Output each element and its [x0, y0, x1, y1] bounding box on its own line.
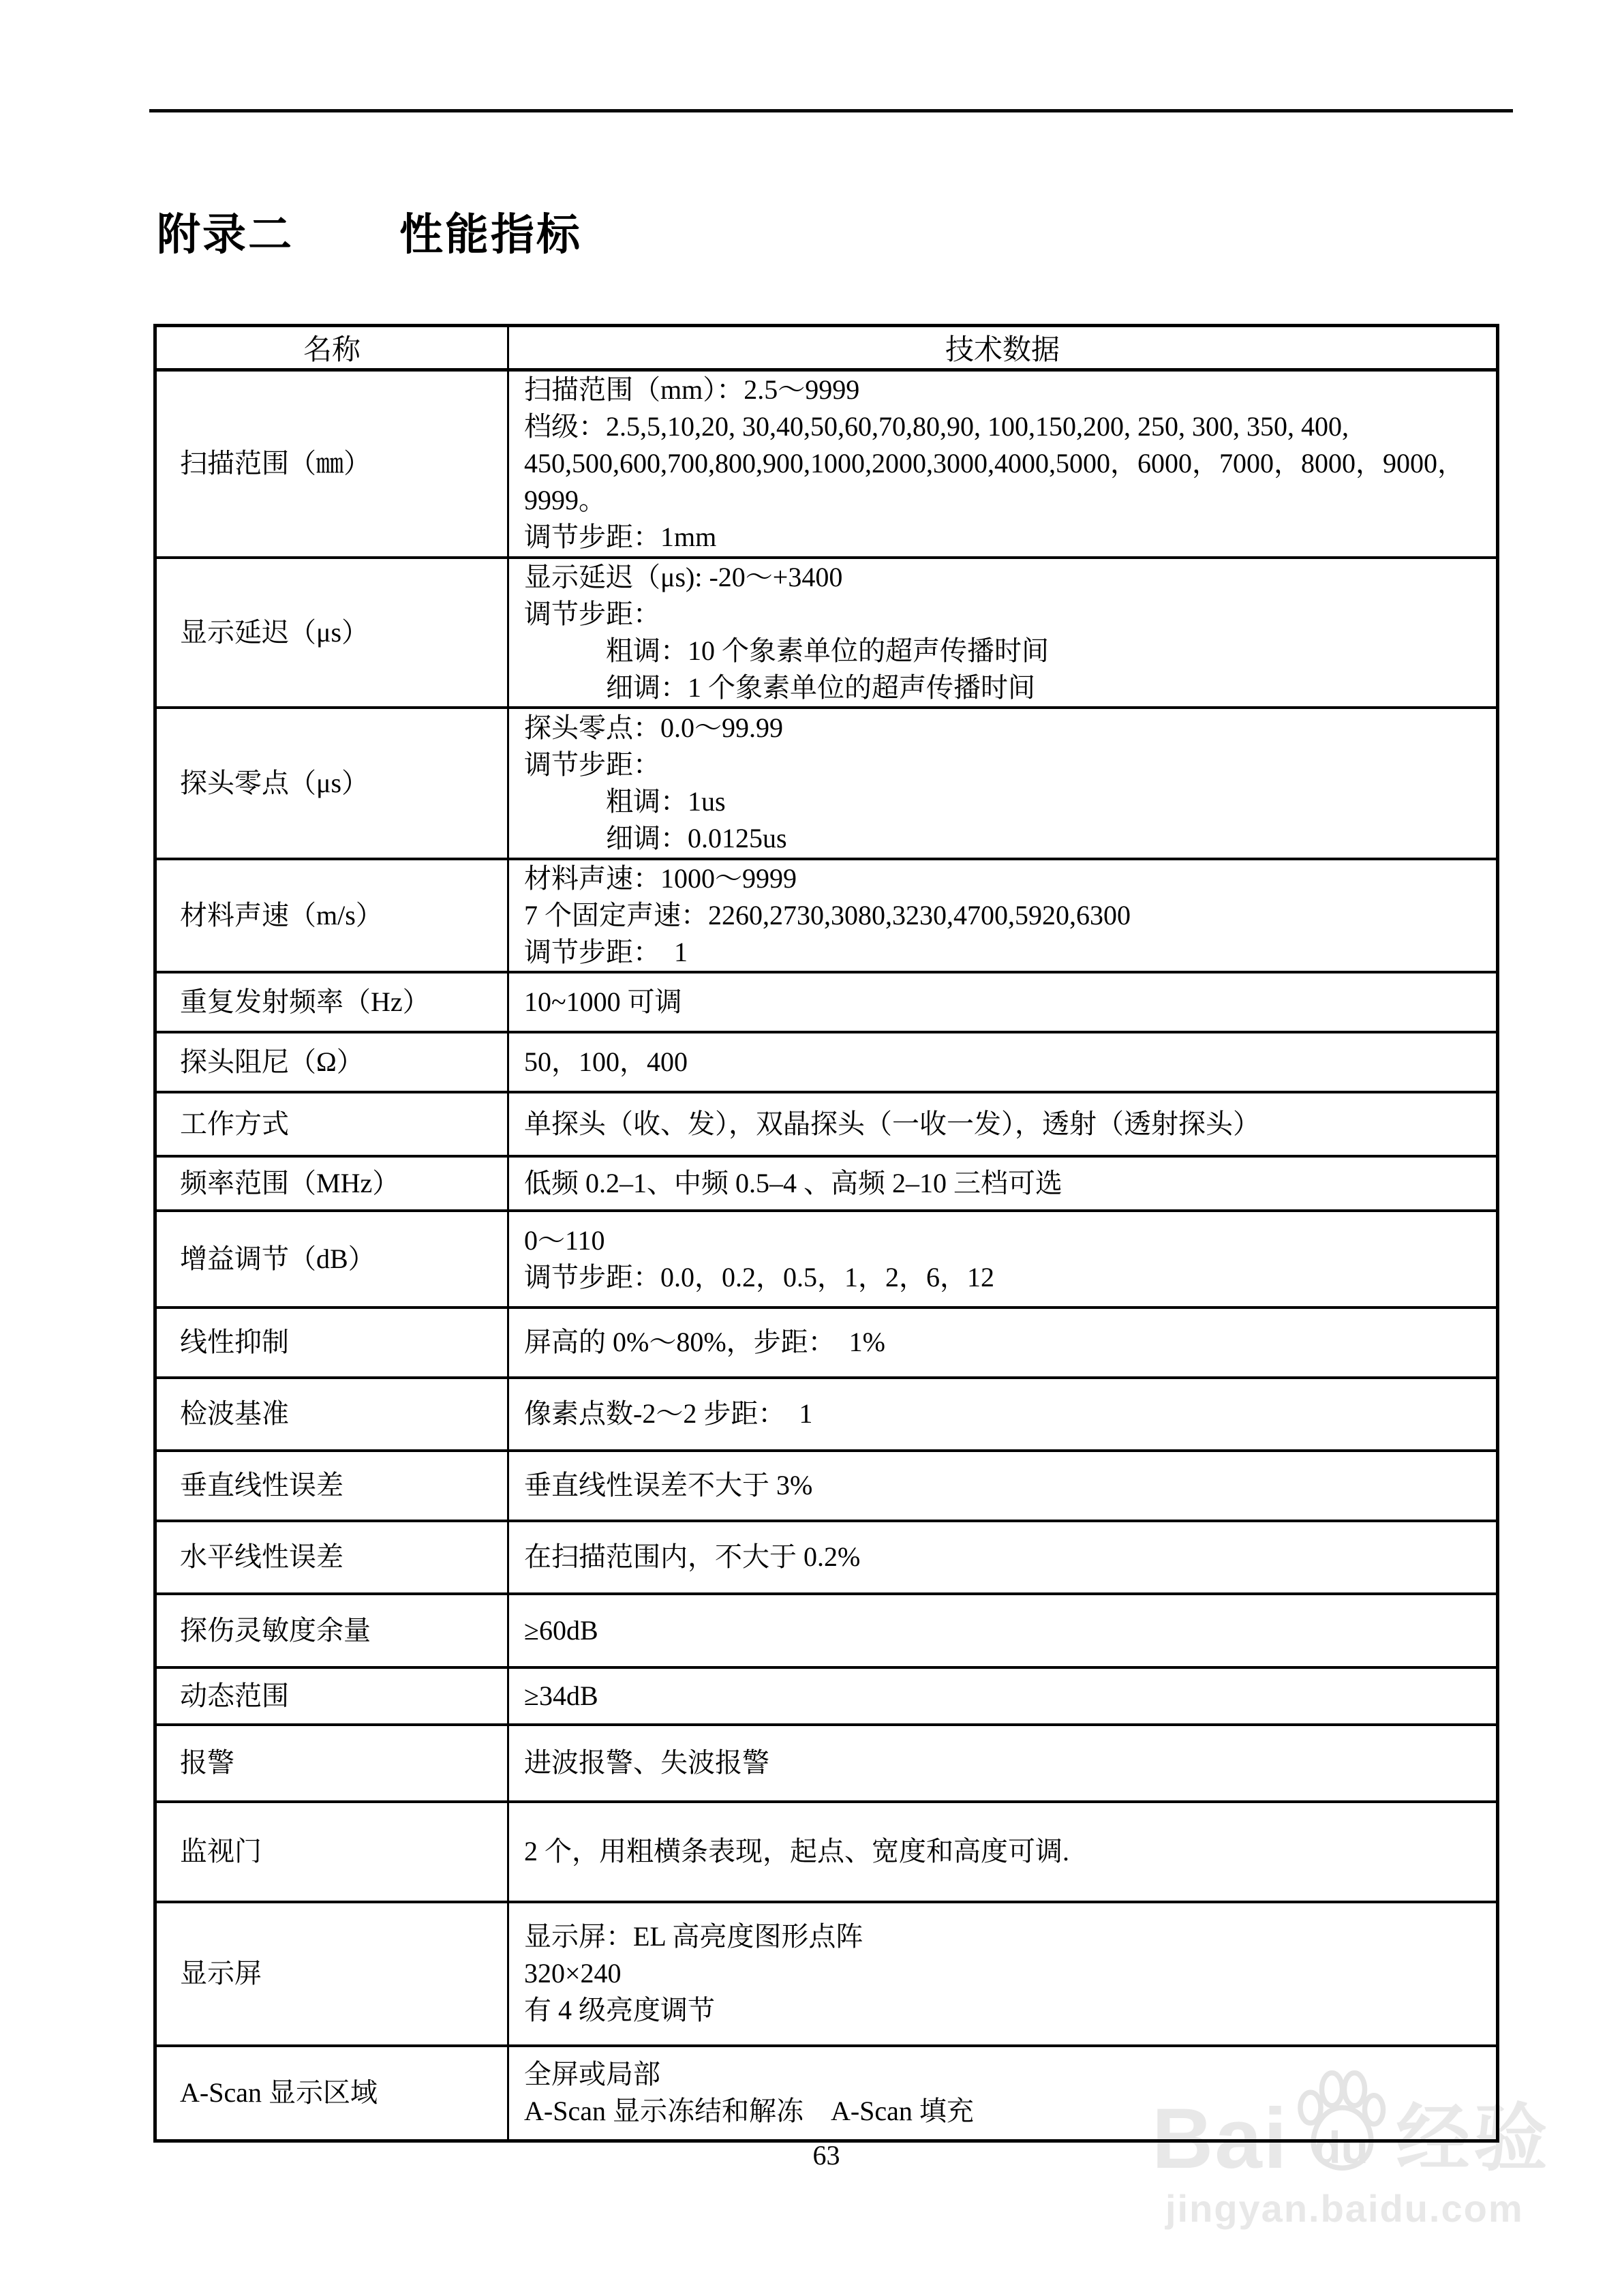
- spec-value: 屏高的 0%～80%，步距： 1%: [508, 1308, 1498, 1378]
- spec-value: 显示延迟（μs): -20～+3400 调节步距： 粗调：10 个象素单位的超声…: [508, 558, 1498, 708]
- spec-name: 显示延迟（μs）: [155, 558, 508, 708]
- spec-name: 监视门: [155, 1802, 508, 1902]
- column-header-name: 名称: [155, 326, 508, 370]
- table-row: 动态范围 ≥34dB: [155, 1667, 1498, 1725]
- table-row: 重复发射频率（Hz） 10~1000 可调: [155, 972, 1498, 1032]
- spec-value: 全屏或局部 A-Scan 显示冻结和解冻 A-Scan 填充: [508, 2046, 1498, 2141]
- spec-name: 探头阻尼（Ω）: [155, 1032, 508, 1092]
- table-row: 检波基准 像素点数-2～2 步距： 1: [155, 1378, 1498, 1451]
- table-row: 材料声速（m/s） 材料声速：1000～9999 7 个固定声速：2260,27…: [155, 859, 1498, 972]
- spec-name: 增益调节（dB）: [155, 1211, 508, 1308]
- table-row: 显示屏 显示屏：EL 高亮度图形点阵 320×240 有 4 级亮度调节: [155, 1902, 1498, 2046]
- table-row: 探头阻尼（Ω） 50，100，400: [155, 1032, 1498, 1092]
- table-row: 监视门 2 个，用粗横条表现，起点、宽度和高度可调.: [155, 1802, 1498, 1902]
- spec-value: ≥34dB: [508, 1667, 1498, 1725]
- spec-value: 低频 0.2–1、中频 0.5–4 、高频 2–10 三档可选: [508, 1156, 1498, 1211]
- spec-name: 线性抑制: [155, 1308, 508, 1378]
- table-header-row: 名称 技术数据: [155, 326, 1498, 370]
- table-row: 工作方式 单探头（收、发），双晶探头（一收一发），透射（透射探头）: [155, 1092, 1498, 1156]
- watermark-url: jingyan.baidu.com: [1165, 2186, 1552, 2231]
- spec-value: 10~1000 可调: [508, 972, 1498, 1032]
- page-title-appendix: 附录二: [157, 210, 294, 259]
- spec-value: 探头零点：0.0～99.99 调节步距： 粗调：1us 细调：0.0125us: [508, 708, 1498, 859]
- spec-name: 动态范围: [155, 1667, 508, 1725]
- document-page: 附录二性能指标 名称 技术数据 扫描范围（㎜） 扫描范围（mm）：2.5～999…: [0, 0, 1622, 2296]
- spec-value: 垂直线性误差不大于 3%: [508, 1451, 1498, 1521]
- spec-value: 像素点数-2～2 步距： 1: [508, 1378, 1498, 1451]
- spec-name: 报警: [155, 1725, 508, 1802]
- table-row: 垂直线性误差 垂直线性误差不大于 3%: [155, 1451, 1498, 1521]
- page-number: 63: [153, 2139, 1499, 2171]
- spec-value: 0～110 调节步距：0.0，0.2，0.5，1，2，6，12: [508, 1211, 1498, 1308]
- spec-value: 2 个，用粗横条表现，起点、宽度和高度可调.: [508, 1802, 1498, 1902]
- table-row: 报警 进波报警、失波报警: [155, 1725, 1498, 1802]
- page-title-text: 性能指标: [399, 210, 582, 259]
- table-row: 增益调节（dB） 0～110 调节步距：0.0，0.2，0.5，1，2，6，12: [155, 1211, 1498, 1308]
- spec-name: 探伤灵敏度余量: [155, 1594, 508, 1667]
- spec-value: 显示屏：EL 高亮度图形点阵 320×240 有 4 级亮度调节: [508, 1902, 1498, 2046]
- table-row: 探头零点（μs） 探头零点：0.0～99.99 调节步距： 粗调：1us 细调：…: [155, 708, 1498, 859]
- spec-value: 在扫描范围内，不大于 0.2%: [508, 1521, 1498, 1594]
- table-row: 扫描范围（㎜） 扫描范围（mm）：2.5～9999 档级：2.5,5,10,20…: [155, 370, 1498, 558]
- spec-name: 显示屏: [155, 1902, 508, 2046]
- spec-name: 扫描范围（㎜）: [155, 370, 508, 558]
- spec-value: 扫描范围（mm）：2.5～9999 档级：2.5,5,10,20, 30,40,…: [508, 370, 1498, 558]
- spec-value: 材料声速：1000～9999 7 个固定声速：2260,2730,3080,32…: [508, 859, 1498, 972]
- spec-name: 工作方式: [155, 1092, 508, 1156]
- table-row: A-Scan 显示区域 全屏或局部 A-Scan 显示冻结和解冻 A-Scan …: [155, 2046, 1498, 2141]
- spec-name: A-Scan 显示区域: [155, 2046, 508, 2141]
- spec-name: 检波基准: [155, 1378, 508, 1451]
- spec-value: ≥60dB: [508, 1594, 1498, 1667]
- spec-name: 材料声速（m/s）: [155, 859, 508, 972]
- table-row: 频率范围（MHz） 低频 0.2–1、中频 0.5–4 、高频 2–10 三档可…: [155, 1156, 1498, 1211]
- header-rule: [149, 109, 1513, 112]
- spec-value: 50，100，400: [508, 1032, 1498, 1092]
- table-row: 水平线性误差 在扫描范围内，不大于 0.2%: [155, 1521, 1498, 1594]
- spec-value: 进波报警、失波报警: [508, 1725, 1498, 1802]
- spec-name: 水平线性误差: [155, 1521, 508, 1594]
- spec-name: 频率范围（MHz）: [155, 1156, 508, 1211]
- table-row: 探伤灵敏度余量 ≥60dB: [155, 1594, 1498, 1667]
- column-header-data: 技术数据: [508, 326, 1498, 370]
- spec-table: 名称 技术数据 扫描范围（㎜） 扫描范围（mm）：2.5～9999 档级：2.5…: [153, 324, 1499, 2143]
- spec-name: 垂直线性误差: [155, 1451, 508, 1521]
- table-row: 显示延迟（μs） 显示延迟（μs): -20～+3400 调节步距： 粗调：10…: [155, 558, 1498, 708]
- spec-value: 单探头（收、发），双晶探头（一收一发），透射（透射探头）: [508, 1092, 1498, 1156]
- table-row: 线性抑制 屏高的 0%～80%，步距： 1%: [155, 1308, 1498, 1378]
- page-title: 附录二性能指标: [157, 210, 582, 259]
- spec-name: 重复发射频率（Hz）: [155, 972, 508, 1032]
- spec-name: 探头零点（μs）: [155, 708, 508, 859]
